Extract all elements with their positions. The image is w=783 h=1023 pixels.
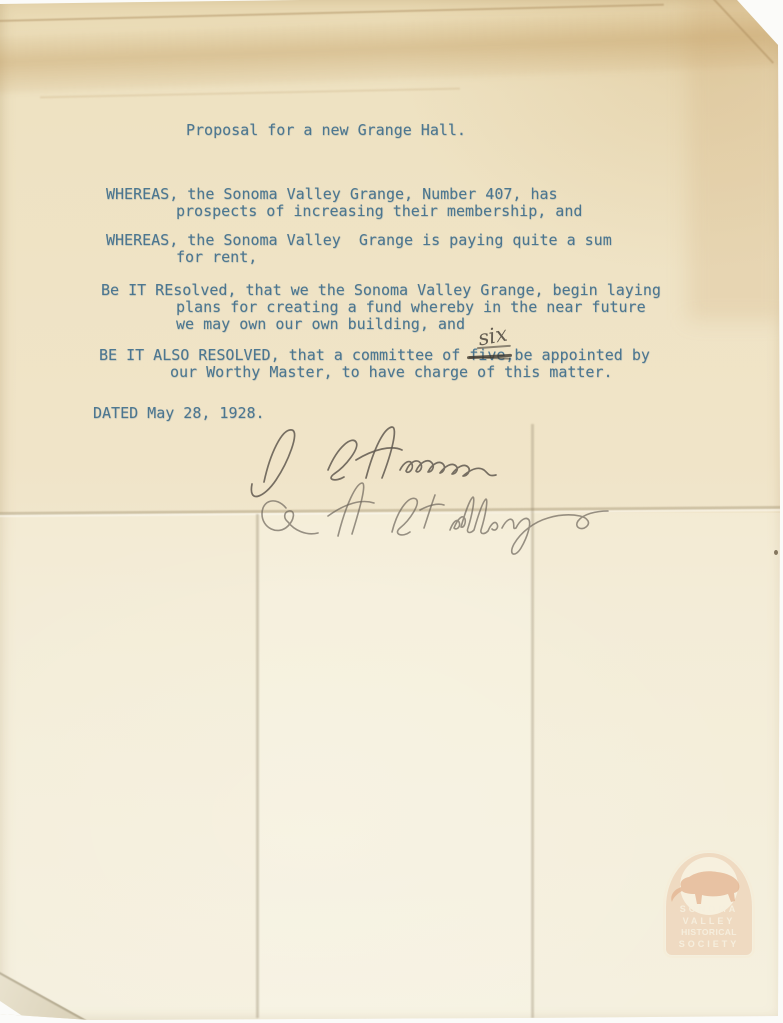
watermark-line: VALLEY: [666, 916, 752, 928]
watermark-line: SONOMA: [666, 904, 752, 916]
top-stain-band: [0, 8, 783, 94]
typed-line: for rent,: [176, 249, 257, 266]
folded-corner-gap: [0, 1001, 33, 1023]
top-right-corner-crease: [713, 0, 774, 64]
typed-line: prospects of increasing their membership…: [176, 203, 582, 220]
document-title: Proposal for a new Grange Hall.: [186, 122, 466, 139]
top-fold-crease: [0, 4, 664, 22]
typed-line-resolved: Be IT REsolved, that we the Sonoma Valle…: [101, 282, 661, 299]
handwritten-correction: six: [476, 322, 509, 351]
folded-corner-flap: [0, 972, 92, 1023]
wrinkle-line: [40, 88, 460, 98]
center-fold-panel: [258, 513, 532, 1023]
typed-line-whereas-2: WHEREAS, the Sonoma Valley Grange is pay…: [106, 232, 612, 249]
watermark-text: SONOMA VALLEY HISTORICAL SOCIETY: [666, 904, 752, 950]
watermark-line: HISTORICAL: [666, 927, 752, 939]
scanned-document-page: { "doc": { "title": "Proposal for a new …: [0, 0, 783, 1023]
struck-out-word: five,: [469, 347, 514, 364]
typed-line: our Worthy Master, to have charge of thi…: [170, 364, 613, 381]
ink-speck: [774, 550, 778, 555]
typed-line: we may own our own building, and: [176, 316, 465, 333]
historical-society-watermark: SONOMA VALLEY HISTORICAL SOCIETY: [666, 853, 752, 955]
paper-sheet: Proposal for a new Grange Hall. WHEREAS,…: [0, 0, 783, 1023]
typed-line-dated: DATED May 28, 1928.: [93, 405, 265, 422]
folded-corner-edge: [0, 971, 90, 1023]
vertical-fold-left: [256, 514, 259, 1018]
typed-segment: be appointed by: [514, 346, 649, 364]
typed-line-also-resolved: BE IT ALSO RESOLVED, that a committee of…: [99, 347, 650, 364]
typed-line-whereas-1: WHEREAS, the Sonoma Valley Grange, Numbe…: [106, 186, 558, 203]
typed-segment: BE IT ALSO RESOLVED, that a committee of: [99, 346, 469, 364]
watermark-line: SOCIETY: [666, 939, 752, 951]
right-edge-shade: [688, 0, 783, 320]
signature-stillings: [250, 470, 630, 565]
typed-line: plans for creating a fund whereby in the…: [176, 299, 646, 316]
